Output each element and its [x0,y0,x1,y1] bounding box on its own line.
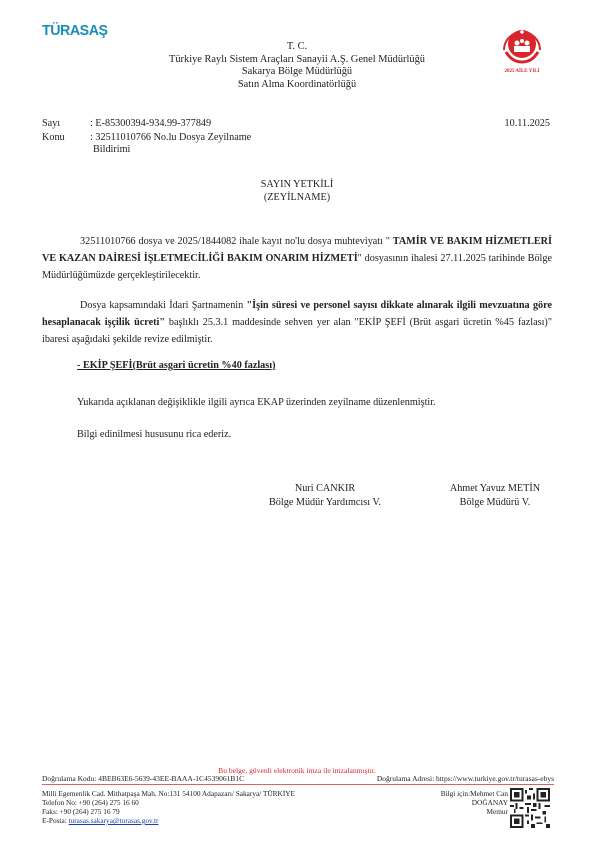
contact-line-2: DOĞANAY [441,798,508,807]
header-tc: T. C. [0,41,594,54]
p1-text: 32511010766 dosya ve 2025/1844082 ihale … [80,236,393,247]
email-row: E-Posta: turasas.sakarya@turasas.gov.tr [42,816,295,825]
signature-director: Ahmet Yavuz METİN Bölge Müdürü V. [425,482,565,510]
paragraph-2: Dosya kapsamındaki İdari Şartnamenin "İş… [42,297,552,348]
verification-address[interactable]: Doğrulama Adresi: https://www.turkiye.go… [377,774,554,783]
signer-title: Bölge Müdür Yardımcısı V. [250,496,400,510]
signer-name: Ahmet Yavuz METİN [425,482,565,496]
verification-code: Doğrulama Kodu: 4BEB63E6-5639-43EE-BAAA-… [42,774,244,783]
konu-value: : 32511010766 No.lu Dosya Zeyilname [90,132,251,143]
document-date: 10.11.2025 [505,118,550,129]
paragraph-3: Yukarıda açıklanan değişiklikle ilgili a… [77,394,587,411]
verification-row: Doğrulama Kodu: 4BEB63E6-5639-43EE-BAAA-… [42,774,554,785]
subject-continuation: Bildirimi [93,144,130,155]
p2-text: Dosya kapsamındaki İdari Şartnamenin [80,300,247,311]
phone: Telefon No: +90 (264) 275 16 60 [42,798,295,807]
subject-row: Konu: 32511010766 No.lu Dosya Zeyilname [42,132,251,143]
email-link[interactable]: turasas.sakarya@turasas.gov.tr [69,816,159,825]
sayi-value: : E-85300394-934.99-377849 [90,118,211,129]
header-company: Türkiye Raylı Sistem Araçları Sanayii A.… [0,54,594,67]
contact-person: Bilgi için:Mehmet Can DOĞANAY Memur [441,789,508,816]
sayi-label: Sayı [42,118,90,129]
header-department: Satın Alma Koordinatörlüğü [0,79,594,92]
email-label: E-Posta: [42,816,69,825]
signature-deputy: Nuri CANKIR Bölge Müdür Yardımcısı V. [250,482,400,510]
postal-address: Milli Egemenlik Cad. Mithatpaşa Mah. No:… [42,789,295,798]
reference-number-row: Sayı: E-85300394-934.99-377849 [42,118,211,129]
signer-name: Nuri CANKIR [250,482,400,496]
fax: Faks: +90 (264) 275 16 79 [42,807,295,816]
konu-label: Konu [42,132,90,143]
revised-item: - EKİP ŞEFİ(Brüt asgari ücretin %40 fazl… [77,360,275,371]
paragraph-4: Bilgi edinilmesi hususunu rica ederiz. [77,426,587,443]
signer-title: Bölge Müdürü V. [425,496,565,510]
contact-line-3: Memur [441,807,508,816]
qr-code-icon [510,788,550,828]
turasas-logo: TÜRASAŞ [42,22,108,39]
salutation: SAYIN YETKİLİ (ZEYİLNAME) [0,178,594,204]
paragraph-1: 32511010766 dosya ve 2025/1844082 ihale … [42,233,552,284]
letterhead: T. C. Türkiye Raylı Sistem Araçları Sana… [0,41,594,91]
salutation-line2: (ZEYİLNAME) [0,191,594,204]
salutation-line1: SAYIN YETKİLİ [0,178,594,191]
contact-line-1: Bilgi için:Mehmet Can [441,789,508,798]
address-block: Milli Egemenlik Cad. Mithatpaşa Mah. No:… [42,789,295,825]
header-region: Sakarya Bölge Müdürlüğü [0,66,594,79]
